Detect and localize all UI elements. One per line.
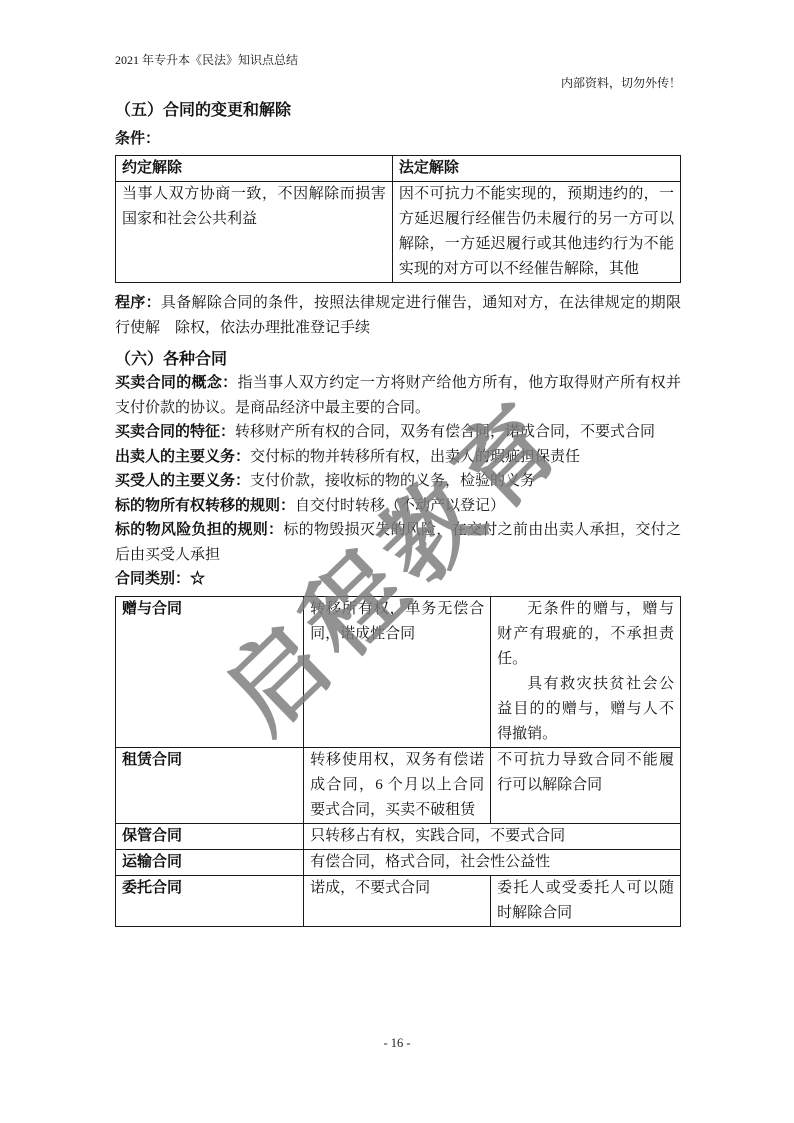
sale-features-text: 转移财产所有权的合同，双务有偿合同，诺成合同，不要式合同 bbox=[235, 424, 655, 440]
ownership-transfer-label: 标的物所有权转移的规则： bbox=[115, 498, 295, 514]
table-row-transport: 运输合同 有偿合同，格式合同，社会性公益性 bbox=[116, 849, 681, 875]
cell-lease-name: 租赁合同 bbox=[116, 747, 304, 823]
rescission-table: 约定解除 法定解除 当事人双方协商一致，不因解除而损害国家和社会公共利益 因不可… bbox=[115, 155, 681, 283]
buyer-duties-paragraph: 买受人的主要义务：支付价款，接收标的物的义务，检验的义务 bbox=[115, 469, 681, 494]
sale-concept-label: 买卖合同的概念： bbox=[115, 375, 237, 391]
gift-note-2: 具有救灾扶贫社会公益目的的赠与，赠与人不得撤销。 bbox=[497, 672, 674, 747]
cell-storage-name: 保管合同 bbox=[116, 823, 304, 849]
seller-duties-paragraph: 出卖人的主要义务：交付标的物并转移所有权，出卖人的瑕疵担保责任 bbox=[115, 445, 681, 470]
sale-concept-paragraph: 买卖合同的概念：指当事人双方约定一方将财产给他方所有，他方取得财产所有权并支付价… bbox=[115, 371, 681, 420]
table-row-entrust: 委托合同 诺成，不要式合同 委托人或受委托人可以随时解除合同 bbox=[116, 875, 681, 926]
buyer-duties-label: 买受人的主要义务： bbox=[115, 473, 250, 489]
seller-duties-text: 交付标的物并转移所有权，出卖人的瑕疵担保责任 bbox=[250, 449, 580, 465]
table-row-lease: 租赁合同 转移使用权，双务有偿诺成合同，6 个月以上合同要式合同，买卖不破租赁 … bbox=[116, 747, 681, 823]
ownership-transfer-paragraph: 标的物所有权转移的规则：自交付时转移（不动产以登记） bbox=[115, 494, 681, 519]
document-page: 启程教育 2021 年专升本《民法》知识点总结 内部资料，切勿外传！ （五）合同… bbox=[0, 0, 794, 1123]
cell-transport-name: 运输合同 bbox=[116, 849, 304, 875]
buyer-duties-text: 支付价款，接收标的物的义务，检验的义务 bbox=[250, 473, 535, 489]
table-header-row: 约定解除 法定解除 bbox=[116, 156, 681, 182]
cell-gift-name: 赠与合同 bbox=[116, 596, 304, 747]
procedure-label: 程序： bbox=[115, 295, 161, 311]
confidential-notice: 内部资料，切勿外传！ bbox=[115, 75, 681, 91]
contract-types-table: 赠与合同 转移所有权，单务无偿合同，诺成性合同 无条件的赠与，赠与财产有瑕疵的，… bbox=[115, 596, 681, 927]
cell-statutory-rescission: 因不可抗力不能实现的，预期违约的，一方延迟履行经催告仍未履行的另一方可以解除，一… bbox=[392, 182, 680, 283]
sale-features-label: 买卖合同的特征： bbox=[115, 424, 235, 440]
table-row-gift: 赠与合同 转移所有权，单务无偿合同，诺成性合同 无条件的赠与，赠与财产有瑕疵的，… bbox=[116, 596, 681, 747]
category-label: 合同类别：☆ bbox=[115, 567, 681, 592]
sale-features-paragraph: 买卖合同的特征：转移财产所有权的合同，双务有偿合同，诺成合同，不要式合同 bbox=[115, 420, 681, 445]
section5-heading: （五）合同的变更和解除 bbox=[115, 100, 681, 122]
header-cell-statutory-rescission: 法定解除 bbox=[392, 156, 680, 182]
document-title: 2021 年专升本《民法》知识点总结 bbox=[115, 52, 681, 68]
cell-transport-features: 有偿合同，格式合同，社会性公益性 bbox=[304, 849, 681, 875]
conditions-label: 条件： bbox=[115, 127, 681, 151]
cell-storage-features: 只转移占有权，实践合同，不要式合同 bbox=[304, 823, 681, 849]
table-row: 当事人双方协商一致，不因解除而损害国家和社会公共利益 因不可抗力不能实现的，预期… bbox=[116, 182, 681, 283]
risk-bearing-paragraph: 标的物风险负担的规则：标的物毁损灭失的风险，在交付之前由出卖人承担，交付之后由买… bbox=[115, 518, 681, 567]
cell-entrust-features: 诺成，不要式合同 bbox=[304, 875, 491, 926]
cell-agreed-rescission: 当事人双方协商一致，不因解除而损害国家和社会公共利益 bbox=[116, 182, 393, 283]
procedure-text: 具备解除合同的条件，按照法律规定进行催告，通知对方，在法律规定的期限行使解 除权… bbox=[115, 295, 681, 336]
cell-entrust-note: 委托人或受委托人可以随时解除合同 bbox=[491, 875, 681, 926]
gift-note-1: 无条件的赠与，赠与财产有瑕疵的，不承担责任。 bbox=[497, 597, 674, 672]
cell-gift-features: 转移所有权，单务无偿合同，诺成性合同 bbox=[304, 596, 491, 747]
cell-lease-note: 不可抗力导致合同不能履行可以解除合同 bbox=[491, 747, 681, 823]
cell-entrust-name: 委托合同 bbox=[116, 875, 304, 926]
seller-duties-label: 出卖人的主要义务： bbox=[115, 449, 250, 465]
cell-gift-notes: 无条件的赠与，赠与财产有瑕疵的，不承担责任。 具有救灾扶贫社会公益目的的赠与，赠… bbox=[491, 596, 681, 747]
ownership-transfer-text: 自交付时转移（不动产以登记） bbox=[295, 498, 505, 514]
procedure-paragraph: 程序：具备解除合同的条件，按照法律规定进行催告，通知对方，在法律规定的期限行使解… bbox=[115, 291, 681, 340]
page-number: - 16 - bbox=[0, 1036, 794, 1051]
header-cell-agreed-rescission: 约定解除 bbox=[116, 156, 393, 182]
page-content: 2021 年专升本《民法》知识点总结 内部资料，切勿外传！ （五）合同的变更和解… bbox=[115, 52, 681, 927]
cell-lease-features: 转移使用权，双务有偿诺成合同，6 个月以上合同要式合同，买卖不破租赁 bbox=[304, 747, 491, 823]
table-row-storage: 保管合同 只转移占有权，实践合同，不要式合同 bbox=[116, 823, 681, 849]
section6-heading: （六）各种合同 bbox=[115, 349, 681, 371]
risk-bearing-label: 标的物风险负担的规则： bbox=[115, 522, 283, 538]
